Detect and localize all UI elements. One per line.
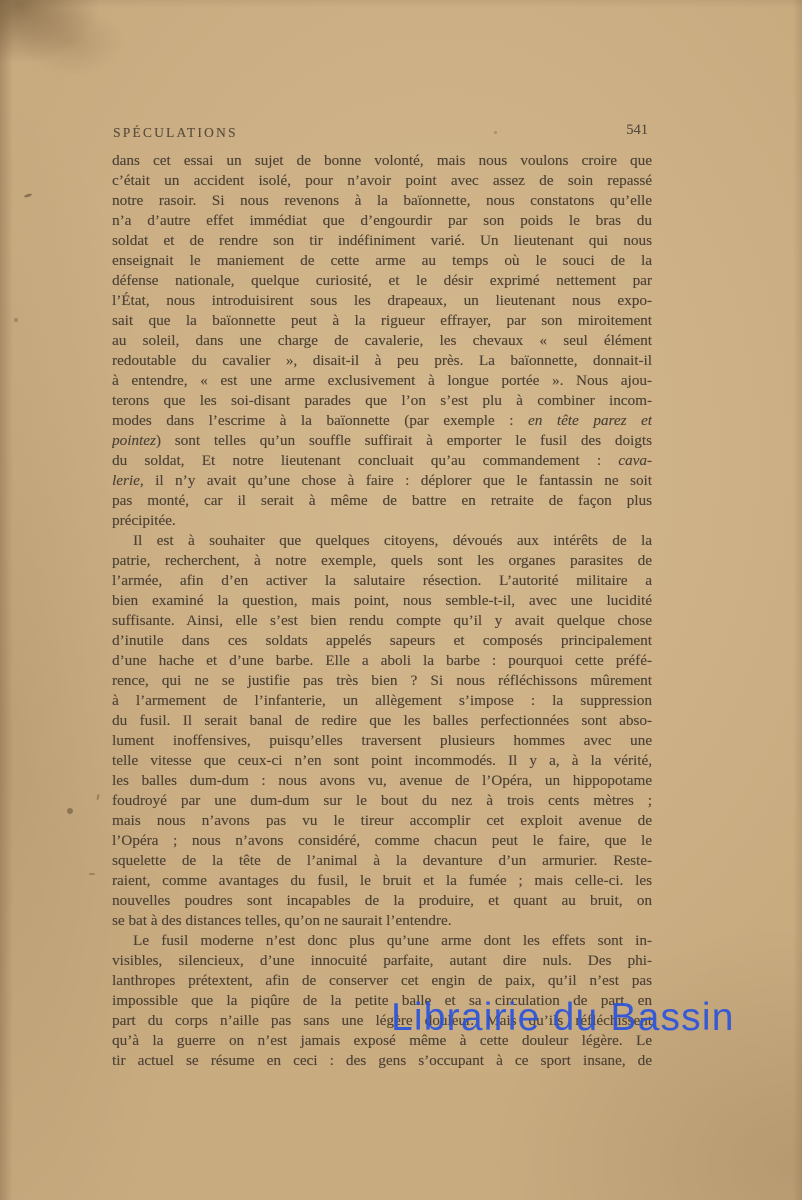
- text-line: notre rasoir. Si nous revenons à la baïo…: [112, 191, 652, 211]
- paper-speck: [24, 193, 33, 198]
- text-line: rence, qui ne se justifie pas très bien …: [112, 671, 652, 691]
- book-page: SPÉCULATIONS 541 dans cet essai un sujet…: [0, 0, 802, 1200]
- text-line: lerie, il n’y avait qu’une chose à faire…: [112, 471, 652, 491]
- text-line: d’inutile dans ces soldats appelés sapeu…: [112, 631, 652, 651]
- text-line: mais nous n’avons pas vu le tireur accom…: [112, 811, 652, 831]
- text-line: à l’armement de l’infanterie, un allègem…: [112, 691, 652, 711]
- text-line: précipitée.: [112, 511, 652, 531]
- text-line: telle vitesse que ceux-ci n’en sont poin…: [112, 751, 652, 771]
- text-line: Il est à souhaiter que quelques citoyens…: [112, 531, 652, 551]
- text-line: Le fusil moderne n’est donc plus qu’une …: [112, 931, 652, 951]
- text-line: pointez) sont telles qu’un souffle suffi…: [112, 431, 652, 451]
- page-text: dans cet essai un sujet de bonne volonté…: [112, 151, 652, 1071]
- text-line: bien examiné la question, mais point, no…: [112, 591, 652, 611]
- text-line: d’une hache et d’une barbe. Elle a aboli…: [112, 651, 652, 671]
- text-line: soldat et de rendre son tir indéfiniment…: [112, 231, 652, 251]
- paper-speck: [89, 873, 95, 875]
- text-line: suffisante. Ainsi, elle s’est bien rendu…: [112, 611, 652, 631]
- paper-speck: [96, 794, 99, 800]
- watermark-stamp: Librairie du Bassin: [391, 998, 735, 1038]
- text-line: se bat à des distances telles, qu’on ne …: [112, 911, 652, 931]
- text-line: tir actuel se résume en ceci : des gens …: [112, 1051, 652, 1071]
- text-line: au soleil, dans une charge de cavalerie,…: [112, 331, 652, 351]
- paper-speck: [14, 318, 18, 322]
- running-head-title: SPÉCULATIONS: [113, 125, 238, 141]
- paper-speck: [67, 808, 73, 814]
- text-line: les balles dum-dum : nous avons vu, aven…: [112, 771, 652, 791]
- text-line: nouvelles poudres sont incapables de la …: [112, 891, 652, 911]
- text-line: n’a d’autre effet immédiat que d’engourd…: [112, 211, 652, 231]
- text-line: pas monté, car il serait à même de battr…: [112, 491, 652, 511]
- text-line: à entendre, « est une arme exclusivement…: [112, 371, 652, 391]
- text-line: patrie, recherchent, à notre exemple, qu…: [112, 551, 652, 571]
- text-line: l’État, nous introduisirent sous les dra…: [112, 291, 652, 311]
- text-line: squelette de la tête de l’animal à la de…: [112, 851, 652, 871]
- text-line: défense nationale, quelque curiosité, et…: [112, 271, 652, 291]
- text-line: raient, comme avantages du fusil, le bru…: [112, 871, 652, 891]
- text-line: l’Opéra ; nous n’avons considéré, comme …: [112, 831, 652, 851]
- text-line: c’était un accident isolé, pour n’avoir …: [112, 171, 652, 191]
- text-line: foudroyé par une dum-dum sur le bout du …: [112, 791, 652, 811]
- text-line: dans cet essai un sujet de bonne volonté…: [112, 151, 652, 171]
- text-line: du soldat, Et notre lieutenant concluait…: [112, 451, 652, 471]
- paper-speck: [494, 131, 497, 134]
- text-line: terons que les soi-disant parades que l’…: [112, 391, 652, 411]
- text-line: sait que la baïonnette peut à la rigueur…: [112, 311, 652, 331]
- text-line: lument inoffensives, puisqu’elles traver…: [112, 731, 652, 751]
- text-line: lanthropes prétextent, afin de conserver…: [112, 971, 652, 991]
- text-line: modes dans l’escrime à la baïonnette (pa…: [112, 411, 652, 431]
- page-number: 541: [626, 122, 648, 139]
- text-line: l’armée, afin d’en activer la salutaire …: [112, 571, 652, 591]
- text-line: visibles, silencieux, d’une innocuité pa…: [112, 951, 652, 971]
- text-line: enseignait le maniement de cette arme au…: [112, 251, 652, 271]
- text-line: redoutable du cavalier », disait-il à pe…: [112, 351, 652, 371]
- text-line: du fusil. Il serait banal de redire que …: [112, 711, 652, 731]
